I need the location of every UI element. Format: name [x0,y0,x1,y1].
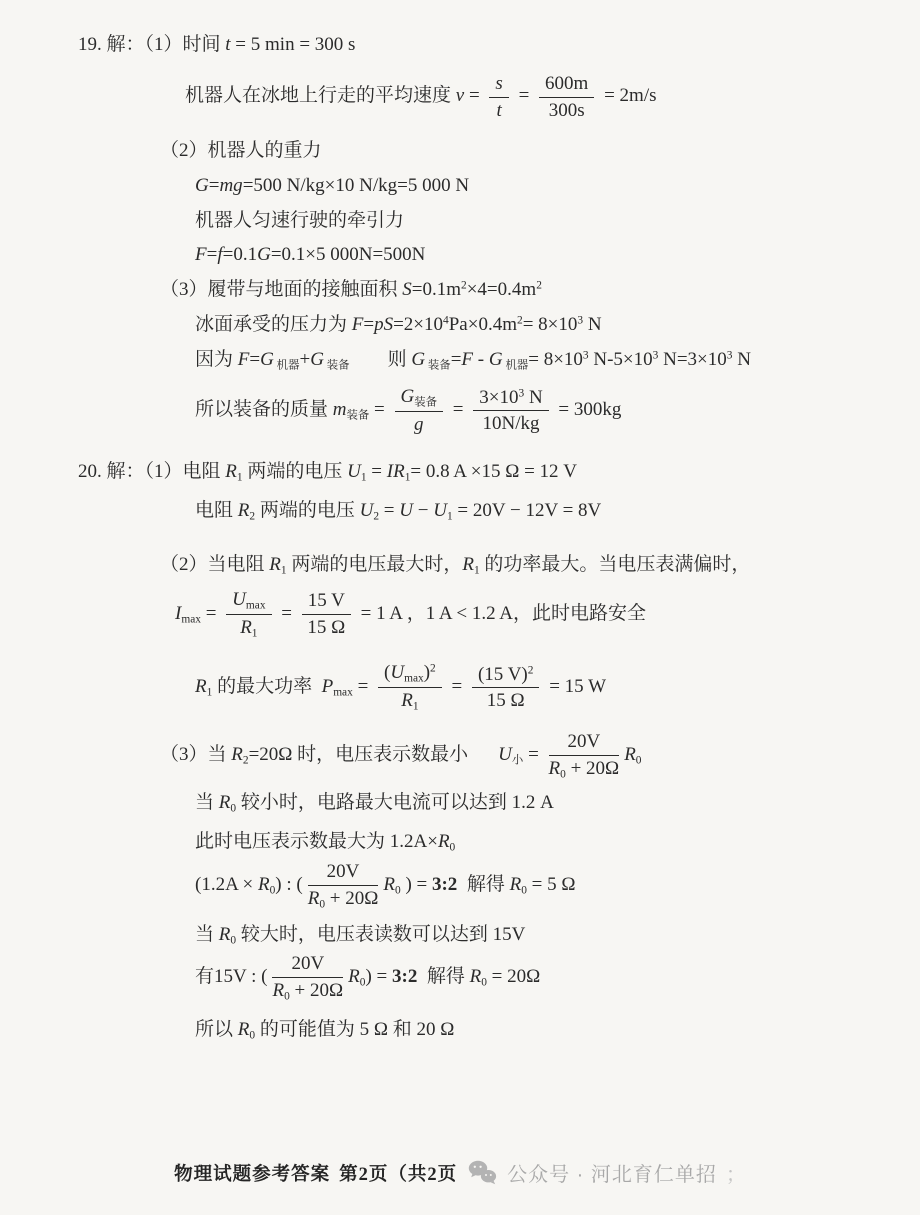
line-19-part2-heading: （2）机器人的重力 [160,139,884,164]
math-variable: R [219,924,231,945]
math-variable: g [414,414,424,435]
subscript: max [404,672,424,684]
text-run: =500 N/kg×10 N/kg=5 000 N [243,175,469,196]
math-variable: P [322,676,334,697]
text-run: ) : ( [275,874,302,895]
math-variable: R [219,792,231,813]
fraction: (15 V)215 Ω [472,663,540,713]
fraction: G装备g [395,385,444,436]
text-run: = 0.8 A ×15 Ω = 12 V [410,461,577,482]
math-variable: R [308,888,320,909]
fraction: 20VR0 + 20Ω [308,860,379,911]
fraction-denominator: t [489,98,508,122]
text-run: = 5 Ω [527,874,576,895]
math-variable: R [238,1019,250,1040]
subscript: 装备 [425,359,451,371]
text-run: = 300kg [554,399,622,420]
text-run: 解得 [457,874,509,895]
text-run: 电阻 [195,500,238,521]
text-run: 机器人在冰地上行走的平均速度 [185,85,456,106]
text-run: = [514,85,534,106]
fraction: 20VR0 + 20Ω [549,730,620,781]
math-variable: R [401,690,413,711]
line-19-traction: F=f=0.1G=0.1×5 000N=500N [195,243,884,268]
math-variable: R [383,874,395,895]
text-run: = [464,85,484,106]
subscript: 机器 [503,359,529,371]
text-run: ) = [365,966,392,987]
fraction-numerator: Umax [226,588,271,616]
text-run: = [207,244,218,265]
text-run: + 20Ω [290,980,343,1001]
text-run: 300s [549,100,585,121]
subscript: 装备 [414,396,437,408]
subscript: 1 [413,701,419,713]
text-run: = [448,399,468,420]
line-19-mass: 所以装备的质量 m装备 = G装备g = 3×103 N10N/kg = 300… [195,385,884,436]
text-run: = [451,349,462,370]
text-run: 20. 解：（1）电阻 [78,461,225,482]
math-variable: U [390,662,404,683]
text-run: = 5 min = 300 s [231,34,356,55]
text-run: + 20Ω [325,888,378,909]
math-variable: F [238,349,250,370]
math-variable: G [195,175,209,196]
text-run: 两端的电压最大时， [287,554,463,575]
math-variable: R [510,874,522,895]
math-variable: R [269,554,281,575]
line-20-umax-expr: 此时电压表示数最大为 1.2A×R0 [195,830,884,855]
math-variable: R [470,966,482,987]
fraction: 15 V15 Ω [302,589,351,639]
line-20-voltage-u1: 20. 解：（1）电阻 R1 两端的电压 U1 = IR1= 0.8 A ×15… [78,460,884,485]
text-run: 的功率最大。当电压表满偏时， [480,554,751,575]
watermark-tail-mark: ； [726,1158,746,1187]
text-run: + [299,349,310,370]
subscript: 1 [252,628,258,640]
subscript: 装备 [324,359,350,371]
fraction-denominator: R0 + 20Ω [308,886,379,912]
line-20-voltage-u2: 电阻 R2 两端的电压 U2 = U − U1 = 20V − 12V = 8V [195,499,884,524]
text-run: − [413,500,433,521]
text-run: N [732,349,750,370]
fraction-numerator: G装备 [395,385,444,413]
line-20-part2-heading: （2）当电阻 R1 两端的电压最大时，R1 的功率最大。当电压表满偏时， [160,553,884,578]
line-20-r0-small: 当 R0 较小时，电路最大电流可以达到 1.2 A [195,791,884,816]
line-19-gravity: G=mg=500 N/kg×10 N/kg=5 000 N [195,174,884,199]
line-19-time: 19. 解：（1）时间 t = 5 min = 300 s [78,33,884,58]
text-run: = [353,676,373,697]
text-run: 所以装备的质量 [195,399,333,420]
text-run: 的可能值为 5 Ω 和 20 Ω [255,1019,454,1040]
math-variable: R [549,758,561,779]
math-variable: s [495,73,502,94]
math-variable: U [433,500,447,521]
line-20-ratio-1: (1.2A × R0) : (20VR0 + 20ΩR0 ) = 3:2 解得 … [195,860,884,911]
fraction: 600m300s [539,72,594,122]
line-19-traction-label: 机器人匀速行驶的牵引力 [195,209,884,234]
text-run: = [447,676,467,697]
line-20-conclusion: 所以 R0 的可能值为 5 Ω 和 20 Ω [195,1018,884,1043]
text-run: = [363,314,374,335]
math-variable: F [195,244,207,265]
text-run: = 2m/s [599,85,656,106]
text-run: ) = [401,874,432,895]
text-run: 因为 [195,349,238,370]
text-run: = [209,175,220,196]
math-variable: F [352,314,364,335]
line-20-imax: Imax = UmaxR1 = 15 V15 Ω = 1 A ，1 A < 1.… [175,588,884,641]
math-variable: R [624,744,636,765]
fraction-denominator: R1 [226,615,271,641]
text-run: = 20Ω [487,966,540,987]
fraction-denominator: R1 [378,688,442,714]
math-variable: R [272,980,284,1001]
math-variable: R [258,874,270,895]
answer-sheet: 19. 解：（1）时间 t = 5 min = 300 s 机器人在冰地上行走的… [0,0,920,1043]
text-run: = 8×10 [528,349,583,370]
fraction-numerator: 600m [539,72,594,98]
fraction: 20VR0 + 20Ω [272,952,343,1003]
text-run: - [473,349,489,370]
math-variable: R [238,500,250,521]
text-run: 机器人匀速行驶的牵引力 [195,210,404,231]
text-run: = [277,603,297,624]
text-run: 20V [327,861,360,882]
text-run: = 15 W [544,676,606,697]
math-variable: U [498,744,512,765]
text-run: ×4=0.4m [467,279,536,300]
text-run: 所以 [195,1019,238,1040]
fraction: (Umax)2R1 [378,661,442,714]
math-variable: U [399,500,413,521]
line-19-part3-area: （3）履带与地面的接触面积 S=0.1m2×4=0.4m2 [160,278,884,303]
subscript: 装备 [347,409,370,421]
text-run: = 1 A ，1 A < 1.2 A，此时电路安全 [356,603,646,624]
fraction-numerator: 15 V [302,589,351,615]
bold-text: 3:2 [392,966,417,987]
text-run: 较小时，电路最大电流可以达到 1.2 A [236,792,554,813]
text-run: 19. 解：（1）时间 [78,34,225,55]
subscript: 小 [512,754,523,766]
fraction-numerator: 3×103 N [473,386,548,412]
text-run: 较大时，电压表读数可以达到 15V [236,924,525,945]
text-run: = [249,349,260,370]
math-variable: U [360,500,374,521]
math-variable: m [333,399,347,420]
text-run: 此时电压表示数最大为 1.2A× [195,831,438,852]
line-19-weight-split: 因为 F=G 机器+G 装备则 G 装备=F - G 机器= 8×103 N-5… [195,348,884,373]
math-variable: S [402,279,412,300]
math-variable: G [260,349,274,370]
footer-page-info: 第2页（共2页 [339,1160,457,1186]
superscript: 2 [528,664,534,676]
text-run: =2×10 [393,314,443,335]
line-20-pmax: R1 的最大功率 Pmax = (Umax)2R1 = (15 V)215 Ω … [195,661,884,714]
math-variable: mg [219,175,242,196]
fraction: 3×103 N10N/kg [473,386,548,436]
superscript: 2 [536,280,542,292]
line-19-speed: 机器人在冰地上行走的平均速度 v = st = 600m300s = 2m/s [185,72,884,122]
text-run: N-5×10 [589,349,653,370]
wechat-icon [468,1160,498,1186]
fraction-numerator: s [489,72,508,98]
line-20-r0-large: 当 R0 较大时，电压表读数可以达到 15V [195,923,884,948]
line-20-part3-umin: （3）当 R2=20Ω 时，电压表示数最小U小 = 20VR0 + 20ΩR0 [160,730,884,781]
text-run: = [379,500,399,521]
footer-doc-title: 物理试题参考答案 [174,1160,330,1186]
fraction-numerator: (Umax)2 [378,661,442,689]
subscript: max [333,686,353,698]
text-run: + 20Ω [566,758,619,779]
fraction-denominator: 10N/kg [473,411,548,435]
fraction-denominator: 300s [539,98,594,122]
text-run: =0.1m [412,279,461,300]
line-19-pressure: 冰面承受的压力为 F=pS=2×104Pa×0.4m2= 8×103 N [195,313,884,338]
text-run: = [367,461,387,482]
math-variable: G [489,349,503,370]
text-run: = [201,603,221,624]
subscript: 机器 [274,359,300,371]
text-run: =0.1×5 000N=500N [271,244,426,265]
fraction-denominator: R0 + 20Ω [549,756,620,782]
wechat-watermark: 公众号 · 河北育仁单招 [507,1158,717,1187]
subscript: 0 [450,842,456,854]
fraction-denominator: R0 + 20Ω [272,978,343,1004]
math-variable: U [347,461,361,482]
math-variable: R [225,461,237,482]
text-run: =0.1 [223,244,257,265]
text-run: （3）履带与地面的接触面积 [160,279,402,300]
math-variable: v [456,85,464,106]
text-run: = 20V − 12V = 8V [453,500,602,521]
fraction-numerator: 20V [308,860,379,886]
fraction-numerator: (15 V)2 [472,663,540,689]
text-run: 有15V : ( [195,966,267,987]
text-run: （2）机器人的重力 [160,140,322,161]
subscript: 0 [636,754,642,766]
text-run: 15 Ω [487,690,525,711]
text-run: 的最大功率 [212,676,321,697]
text-run: (15 V) [478,664,528,685]
math-variable: F [461,349,473,370]
text-run: 冰面承受的压力为 [195,314,352,335]
math-variable: G [310,349,324,370]
text-run: 两端的电压 [243,461,348,482]
text-run: 当 [195,924,219,945]
text-run: N=3×10 [658,349,726,370]
text-run: 3×10 [479,387,518,408]
page-footer: 物理试题参考答案 第2页（共2页 公众号 · 河北育仁单招 ； [0,1158,920,1187]
math-variable: R [231,744,243,765]
fraction-numerator: 20V [549,730,620,756]
math-variable: R [240,617,252,638]
text-run: 600m [545,73,588,94]
line-20-ratio-2: 有15V : (20VR0 + 20ΩR0) = 3:2 解得 R0 = 20Ω [195,952,884,1003]
text-run: (1.2A × [195,874,258,895]
text-run: = 8×10 [523,314,578,335]
fraction: st [489,72,508,122]
fraction-denominator: 15 Ω [302,615,351,639]
text-run: 解得 [417,966,469,987]
text-run: 15 V [308,590,345,611]
subscript: max [246,599,266,611]
text-run: = [523,744,543,765]
fraction-numerator: 20V [272,952,343,978]
math-variable: G [401,386,415,407]
math-variable: G [257,244,271,265]
text-run: 20V [567,731,600,752]
text-run: N [583,314,601,335]
fraction-denominator: 15 Ω [472,688,540,712]
text-run: 两端的电压 [255,500,360,521]
math-variable: G [411,349,425,370]
math-variable: IR [387,461,405,482]
math-variable: R [348,966,360,987]
fraction: UmaxR1 [226,588,271,641]
text-run: Pa×0.4m [449,314,517,335]
text-run: （2）当电阻 [160,554,269,575]
math-variable: pS [374,314,393,335]
text-run: 则 [388,349,412,370]
text-run: 10N/kg [482,413,539,434]
text-run: 当 [195,792,219,813]
document-page: { "colors": { "page_bg": "#f7f6f3", "ink… [0,0,920,1215]
text-run: （3）当 [160,744,231,765]
math-variable: R [195,676,207,697]
text-run: N [524,387,542,408]
text-run: 20V [291,953,324,974]
text-run: 15 Ω [307,617,345,638]
math-variable: U [232,589,246,610]
math-variable: R [438,831,450,852]
math-variable: t [496,100,501,121]
fraction-denominator: g [395,412,444,436]
superscript: 2 [430,663,436,675]
bold-text: 3:2 [432,874,457,895]
text-run: =20Ω 时，电压表示数最小 [249,744,469,765]
math-variable: R [462,554,474,575]
subscript: max [181,613,201,625]
text-run: = [369,399,389,420]
